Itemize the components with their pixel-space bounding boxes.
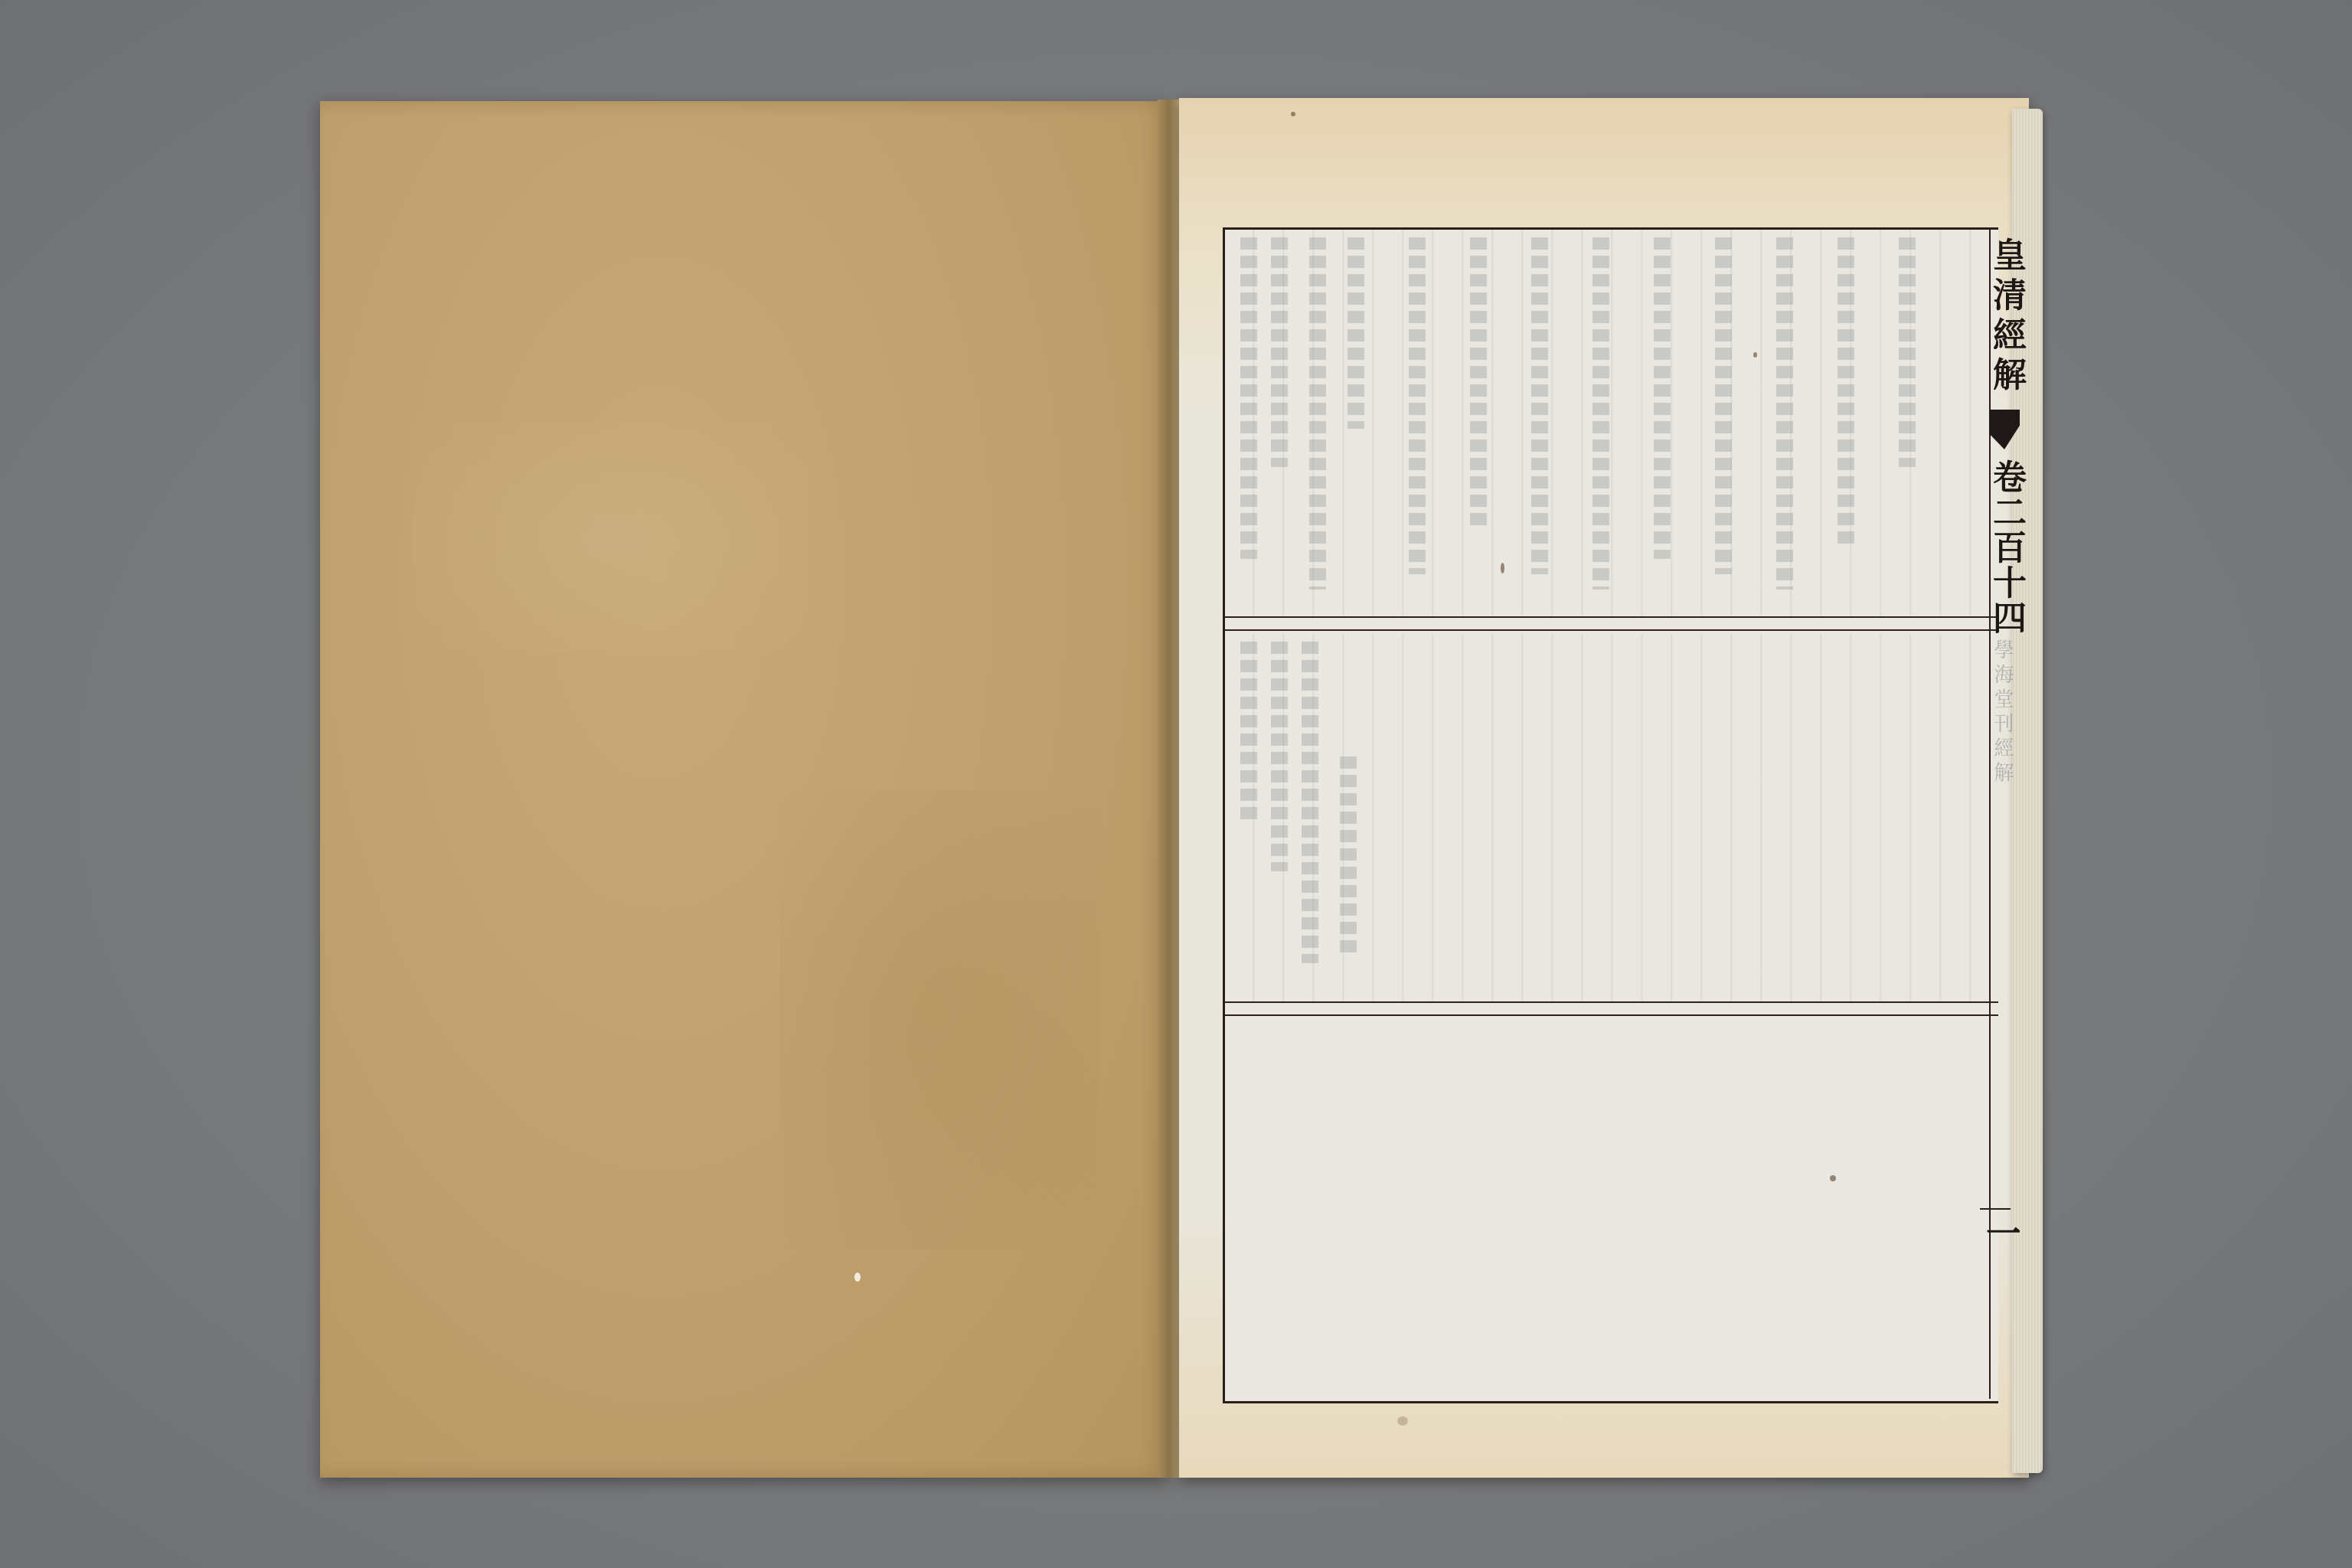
cover-spot <box>854 1272 861 1282</box>
bleed-text-column <box>1302 642 1318 963</box>
paper-spot <box>1501 563 1504 573</box>
band-divider <box>1225 1001 1998 1003</box>
bleed-text-column <box>1271 642 1288 871</box>
bleed-text-column <box>1654 237 1671 559</box>
bleed-text-column <box>1531 237 1548 574</box>
book-title: 皇清經解 <box>1989 237 2023 397</box>
bleed-through-publisher: 學海堂刊經解 <box>1994 639 2017 786</box>
bleed-text-column <box>1240 642 1257 825</box>
bleed-text-column <box>1340 756 1357 955</box>
bleed-text-column <box>1837 237 1854 544</box>
bleed-text-column <box>1592 237 1609 590</box>
bleed-text-column <box>1309 237 1326 590</box>
volume-number: 卷二百十四 <box>1989 459 2023 635</box>
band-divider <box>1225 1014 1998 1016</box>
paper-spot <box>1291 112 1295 116</box>
bleed-text-column <box>1271 237 1288 467</box>
bleed-text-column <box>1715 237 1732 574</box>
paper-spot <box>1397 1416 1408 1426</box>
paper-spot <box>1753 352 1757 358</box>
folio-number-fragment: 一 <box>1986 1206 2020 1252</box>
frame-band-lower <box>1225 1018 1998 1401</box>
bleed-text-column <box>1347 237 1364 429</box>
cover-stain <box>412 423 810 652</box>
bleed-text-column <box>1240 237 1257 559</box>
printed-frame <box>1223 227 1998 1403</box>
frame-band-middle <box>1225 634 1998 1001</box>
band-divider <box>1225 629 1998 631</box>
bleed-text-column <box>1776 237 1793 590</box>
bleed-text-column <box>1409 237 1426 574</box>
paper-spot <box>1830 1175 1836 1181</box>
band-divider <box>1225 616 1998 618</box>
bleed-text-column <box>1470 237 1487 528</box>
cover-stain <box>779 790 1101 1249</box>
bleed-text-column <box>1899 237 1916 467</box>
frame-band-upper <box>1225 230 1998 616</box>
left-cover <box>320 101 1168 1478</box>
